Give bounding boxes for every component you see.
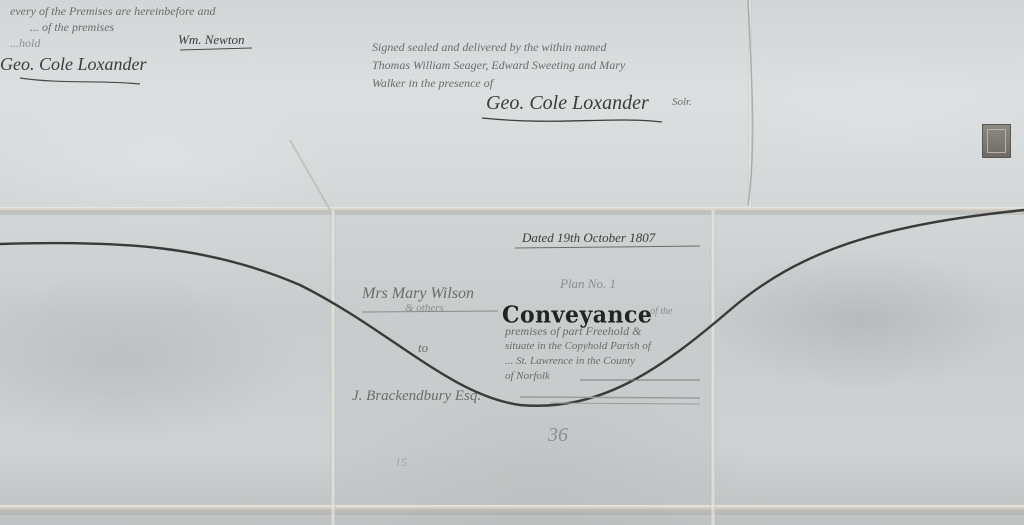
pencil-mark: 15 [395, 455, 407, 470]
revenue-stamp-icon [982, 124, 1011, 158]
description-line-2: premises of part Freehold & [505, 324, 641, 339]
grantor-others: & others [405, 302, 444, 314]
grantee-name: J. Brackendbury Esq. [352, 388, 481, 405]
pencil-number: 36 [548, 424, 568, 447]
endorsement-date: Dated 19th October 1807 [522, 230, 655, 246]
top-left-signature: Geo. Cole Loxander [0, 54, 146, 75]
attestation-line-3: Walker in the presence of [372, 76, 493, 91]
string-and-creases [0, 0, 1024, 525]
attestation-line-2: Thomas William Seager, Edward Sweeting a… [372, 58, 625, 73]
top-left-line-1: every of the Premises are hereinbefore a… [10, 4, 216, 19]
plan-reference: Plan No. 1 [560, 276, 616, 292]
attestation-signature: Geo. Cole Loxander [486, 92, 649, 115]
description-line-3: situate in the Copyhold Parish of [505, 340, 651, 352]
description-line-4: ... St. Lawrence in the County [505, 355, 635, 367]
top-left-line-2: ... of the premises [30, 20, 114, 35]
grantor-name: Mrs Mary Wilson [362, 285, 474, 303]
attestation-line-1: Signed sealed and delivered by the withi… [372, 40, 607, 55]
description-line-1: of the [650, 306, 673, 317]
description-line-5: of Norfolk [505, 370, 550, 382]
top-left-line-3: ...hold [10, 36, 40, 51]
witness-signature: Wm. Newton [178, 32, 244, 48]
to-label: to [418, 340, 428, 356]
solicitor-suffix: Solr. [672, 96, 692, 108]
